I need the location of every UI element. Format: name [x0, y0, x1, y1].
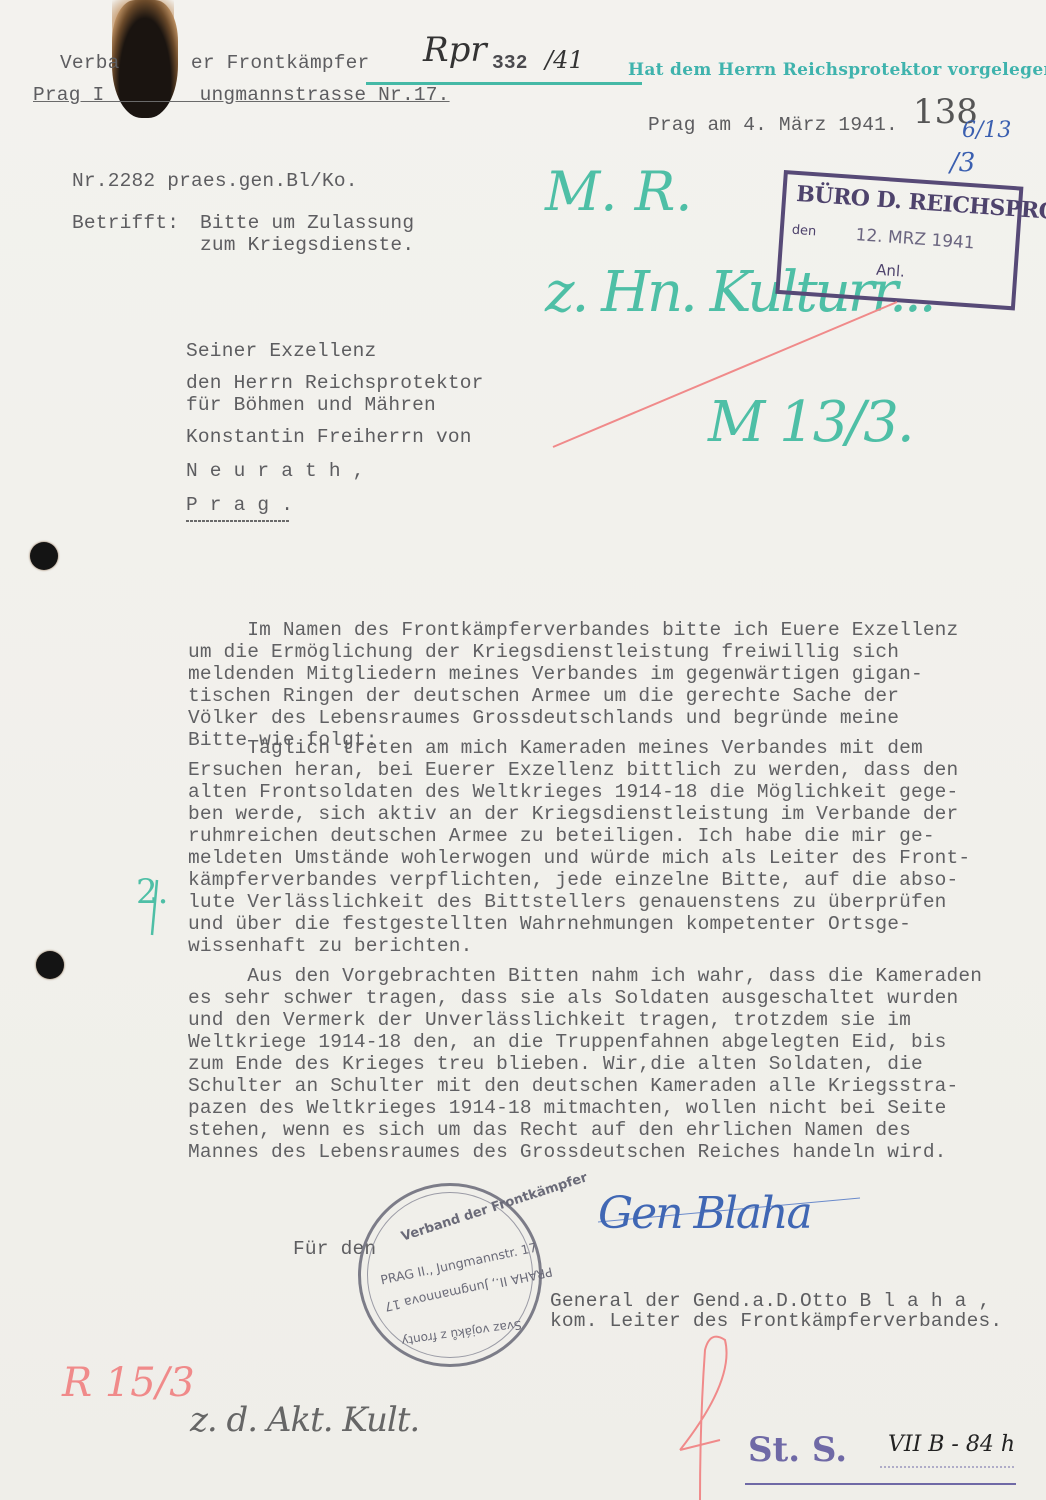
body-line: und über die festgestellten Wahrnehmunge…	[188, 914, 1046, 936]
addressee-line1: Seiner Exzellenz	[186, 340, 376, 362]
addressee-line6: P r a g .	[186, 494, 293, 516]
body-line: wissenhaft zu berichten.	[188, 936, 1046, 958]
red-pencil-mark	[680, 1337, 727, 1500]
body-line: Schulter an Schulter mit den deutschen K…	[188, 1076, 1046, 1098]
body-line: Weltkriege 1914-18 den, an die Truppenfa…	[188, 1032, 1046, 1054]
body-line: es sehr schwer tragen, dass sie als Sold…	[188, 988, 1046, 1010]
addressee-line4: Konstantin Freiherrn von	[186, 426, 472, 448]
association-seal: Verband der Frontkämpfer PRAG II., Jungm…	[358, 1183, 542, 1367]
red-pencil-line	[553, 302, 897, 447]
signer-line1: General der Gend.a.D.Otto B l a h a ,	[550, 1290, 990, 1312]
addressee-line3: für Böhmen und Mähren	[186, 394, 436, 416]
body-line: Mannes des Lebensraumes des Grossdeutsch…	[188, 1142, 1046, 1164]
body-line: Täglich treten am mich Kameraden meines …	[188, 738, 1046, 760]
body-line: meldeten Umstände wohlerwogen und würde …	[188, 848, 1046, 870]
body-line: lute Verlässlichkeit des Bittstellers ge…	[188, 892, 1046, 914]
body-line: Ersuchen heran, bei Euerer Exzellenz bit…	[188, 760, 1046, 782]
body-line: kämpferverbandes verpflichten, jede einz…	[188, 870, 1046, 892]
margin-note: 2.	[136, 872, 168, 912]
body-line: stehen, wenn es sich um das Recht auf de…	[188, 1120, 1046, 1142]
body-line: und den Vermerk der Unverlässlichkeit tr…	[188, 1010, 1046, 1032]
red-note: R 15/3	[62, 1360, 195, 1406]
body-line: Völker des Lebensraumes Grossdeutschland…	[188, 708, 1046, 730]
addressee-line2: den Herrn Reichsprotektor	[186, 372, 484, 394]
body-line: ruhmreichen deutschen Armee zu beteilige…	[188, 826, 1046, 848]
gothic-stamp: St. S.	[748, 1430, 847, 1470]
signature: Gen Blaha	[598, 1188, 811, 1239]
body-line: tischen Ringen der deutschen Armee um di…	[188, 686, 1046, 708]
body-line: meldenden Mitgliedern meines Verbandes i…	[188, 664, 1046, 686]
addressee-line5: N e u r a t h ,	[186, 460, 365, 482]
body-line: um die Ermöglichung der Kriegsdienstleis…	[188, 642, 1046, 664]
body-line: ben werde, sich aktiv an der Kriegsdiens…	[188, 804, 1046, 826]
body-line: Aus den Vorgebrachten Bitten nahm ich wa…	[188, 966, 1046, 988]
body-line: pazen des Weltkrieges 1914-18 mitmachten…	[188, 1098, 1046, 1120]
register-reference: VII B - 84 h	[888, 1432, 1015, 1457]
pencil-note: z. d. Akt. Kult.	[190, 1400, 419, 1440]
body-line: zum Ende des Krieges treu blieben. Wir,d…	[188, 1054, 1046, 1076]
body-line: Im Namen des Frontkämpferverbandes bitte…	[188, 620, 1046, 642]
body-line: alten Frontsoldaten des Weltkrieges 1914…	[188, 782, 1046, 804]
signer-line2: kom. Leiter des Frontkämpferverbandes.	[550, 1310, 1002, 1332]
